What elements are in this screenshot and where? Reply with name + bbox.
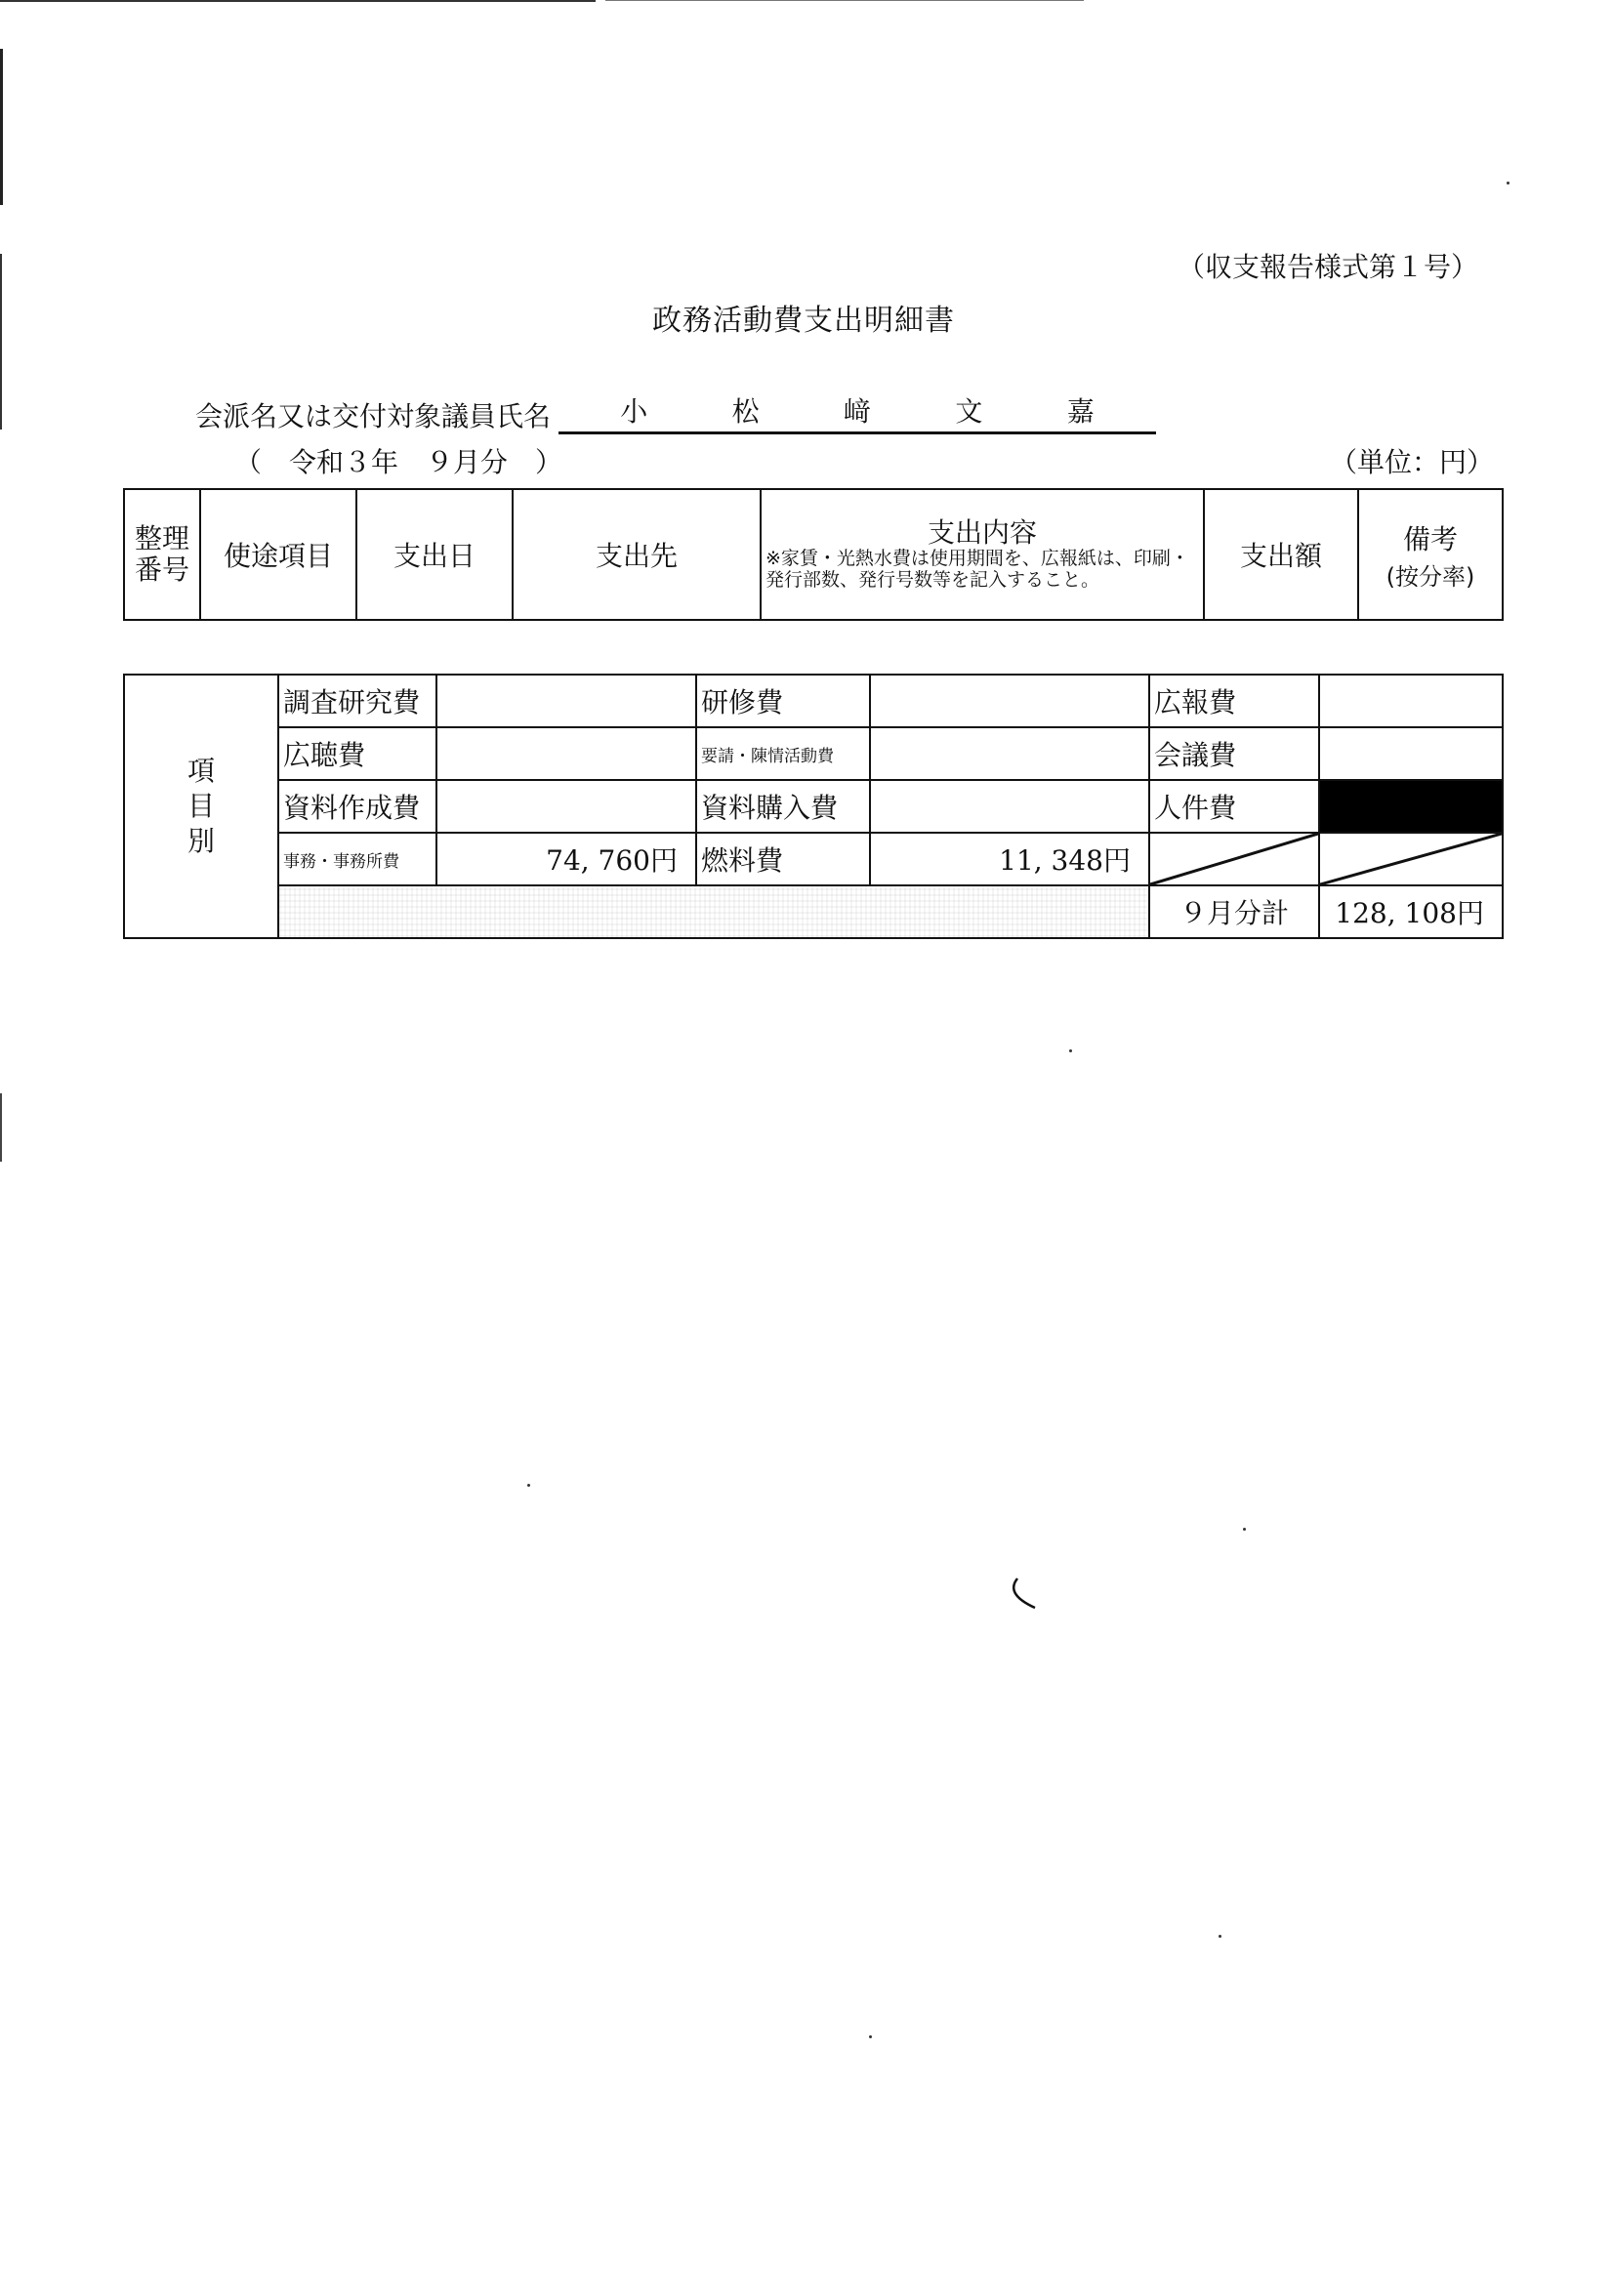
category-amount: [436, 780, 696, 833]
category-amount: [436, 727, 696, 780]
scan-artifact-left: [0, 49, 3, 205]
document-title: 政務活動費支出明細書: [652, 296, 955, 339]
unit-label: （単位：円）: [1330, 441, 1494, 480]
col-expense-details: 支出内容 ※家賃・光熱水費は使用期間を、広報紙は、印刷・発行部数、発行号数等を記…: [761, 489, 1204, 620]
scan-artifact-left: [0, 254, 2, 430]
col-reference-number: 整理 番号: [124, 489, 200, 620]
member-name-label: 会派名又は交付対象議員氏名: [195, 395, 551, 434]
category-label: 会議費: [1149, 727, 1319, 780]
col-usage-category: 使途項目: [200, 489, 356, 620]
col-payee: 支出先: [513, 489, 761, 620]
col-amount: 支出額: [1204, 489, 1358, 620]
reporting-period: （ 令和３年 ９月分 ）: [234, 441, 562, 480]
table-row: 項 目 別 調査研究費 研修費 広報費: [124, 675, 1503, 727]
scan-speck: [527, 1484, 530, 1487]
category-amount: 11, 348円: [870, 833, 1149, 885]
category-amount: [436, 675, 696, 727]
category-label: 広聴費: [278, 727, 436, 780]
category-label: 事務・事務所費: [278, 833, 436, 885]
category-label: 資料購入費: [696, 780, 870, 833]
category-amount: [870, 727, 1149, 780]
category-amount: 74, 760円: [436, 833, 696, 885]
table-row: ９月分計 128, 108円: [124, 885, 1503, 938]
redacted-amount: [1319, 780, 1503, 833]
category-label: 人件費: [1149, 780, 1319, 833]
category-label: 要請・陳情活動費: [696, 727, 870, 780]
member-name-value: 小 松 﨑 文 嘉: [558, 390, 1156, 434]
table-row: 広聴費 要請・陳情活動費 会議費: [124, 727, 1503, 780]
category-label: 調査研究費: [278, 675, 436, 727]
category-label: 広報費: [1149, 675, 1319, 727]
table-row: 事務・事務所費 74, 760円 燃料費 11, 348円: [124, 833, 1503, 885]
pen-mark: [1006, 1577, 1045, 1616]
struck-cell: [1149, 833, 1319, 885]
category-label: 燃料費: [696, 833, 870, 885]
scan-speck: [1243, 1528, 1246, 1531]
monthly-total-label: ９月分計: [1149, 885, 1319, 938]
col-payment-date: 支出日: [356, 489, 513, 620]
monthly-total-amount: 128, 108円: [1319, 885, 1503, 938]
category-summary-table: 項 目 別 調査研究費 研修費 広報費 広聴費 要請・陳情活動費 会議費 資料作…: [123, 674, 1504, 939]
scan-artifact-top: [0, 0, 596, 2]
scan-artifact-left: [0, 1093, 2, 1162]
category-amount: [870, 780, 1149, 833]
category-amount: [1319, 675, 1503, 727]
category-label: 研修費: [696, 675, 870, 727]
scan-artifact-top: [605, 0, 1084, 1]
scan-speck: [1069, 1049, 1072, 1052]
category-amount: [1319, 727, 1503, 780]
by-category-label: 項 目 別: [124, 675, 278, 938]
masked-area: [278, 885, 1149, 938]
col-remarks: 備考 (按分率): [1358, 489, 1503, 620]
struck-cell: [1319, 833, 1503, 885]
category-amount: [870, 675, 1149, 727]
expense-detail-header: 整理 番号 使途項目 支出日 支出先 支出内容 ※家賃・光熱水費は使用期間を、広…: [123, 488, 1504, 621]
table-row: 資料作成費 資料購入費 人件費: [124, 780, 1503, 833]
scan-speck: [1219, 1935, 1221, 1938]
scan-speck: [1507, 182, 1510, 184]
expense-details-note: ※家賃・光熱水費は使用期間を、広報紙は、印刷・発行部数、発行号数等を記入すること…: [765, 548, 1189, 591]
category-label: 資料作成費: [278, 780, 436, 833]
member-name-row: 会派名又は交付対象議員氏名 小 松 﨑 文 嘉: [195, 390, 1156, 434]
form-number: （収支報告様式第１号）: [1178, 246, 1478, 285]
scan-speck: [869, 2035, 872, 2038]
